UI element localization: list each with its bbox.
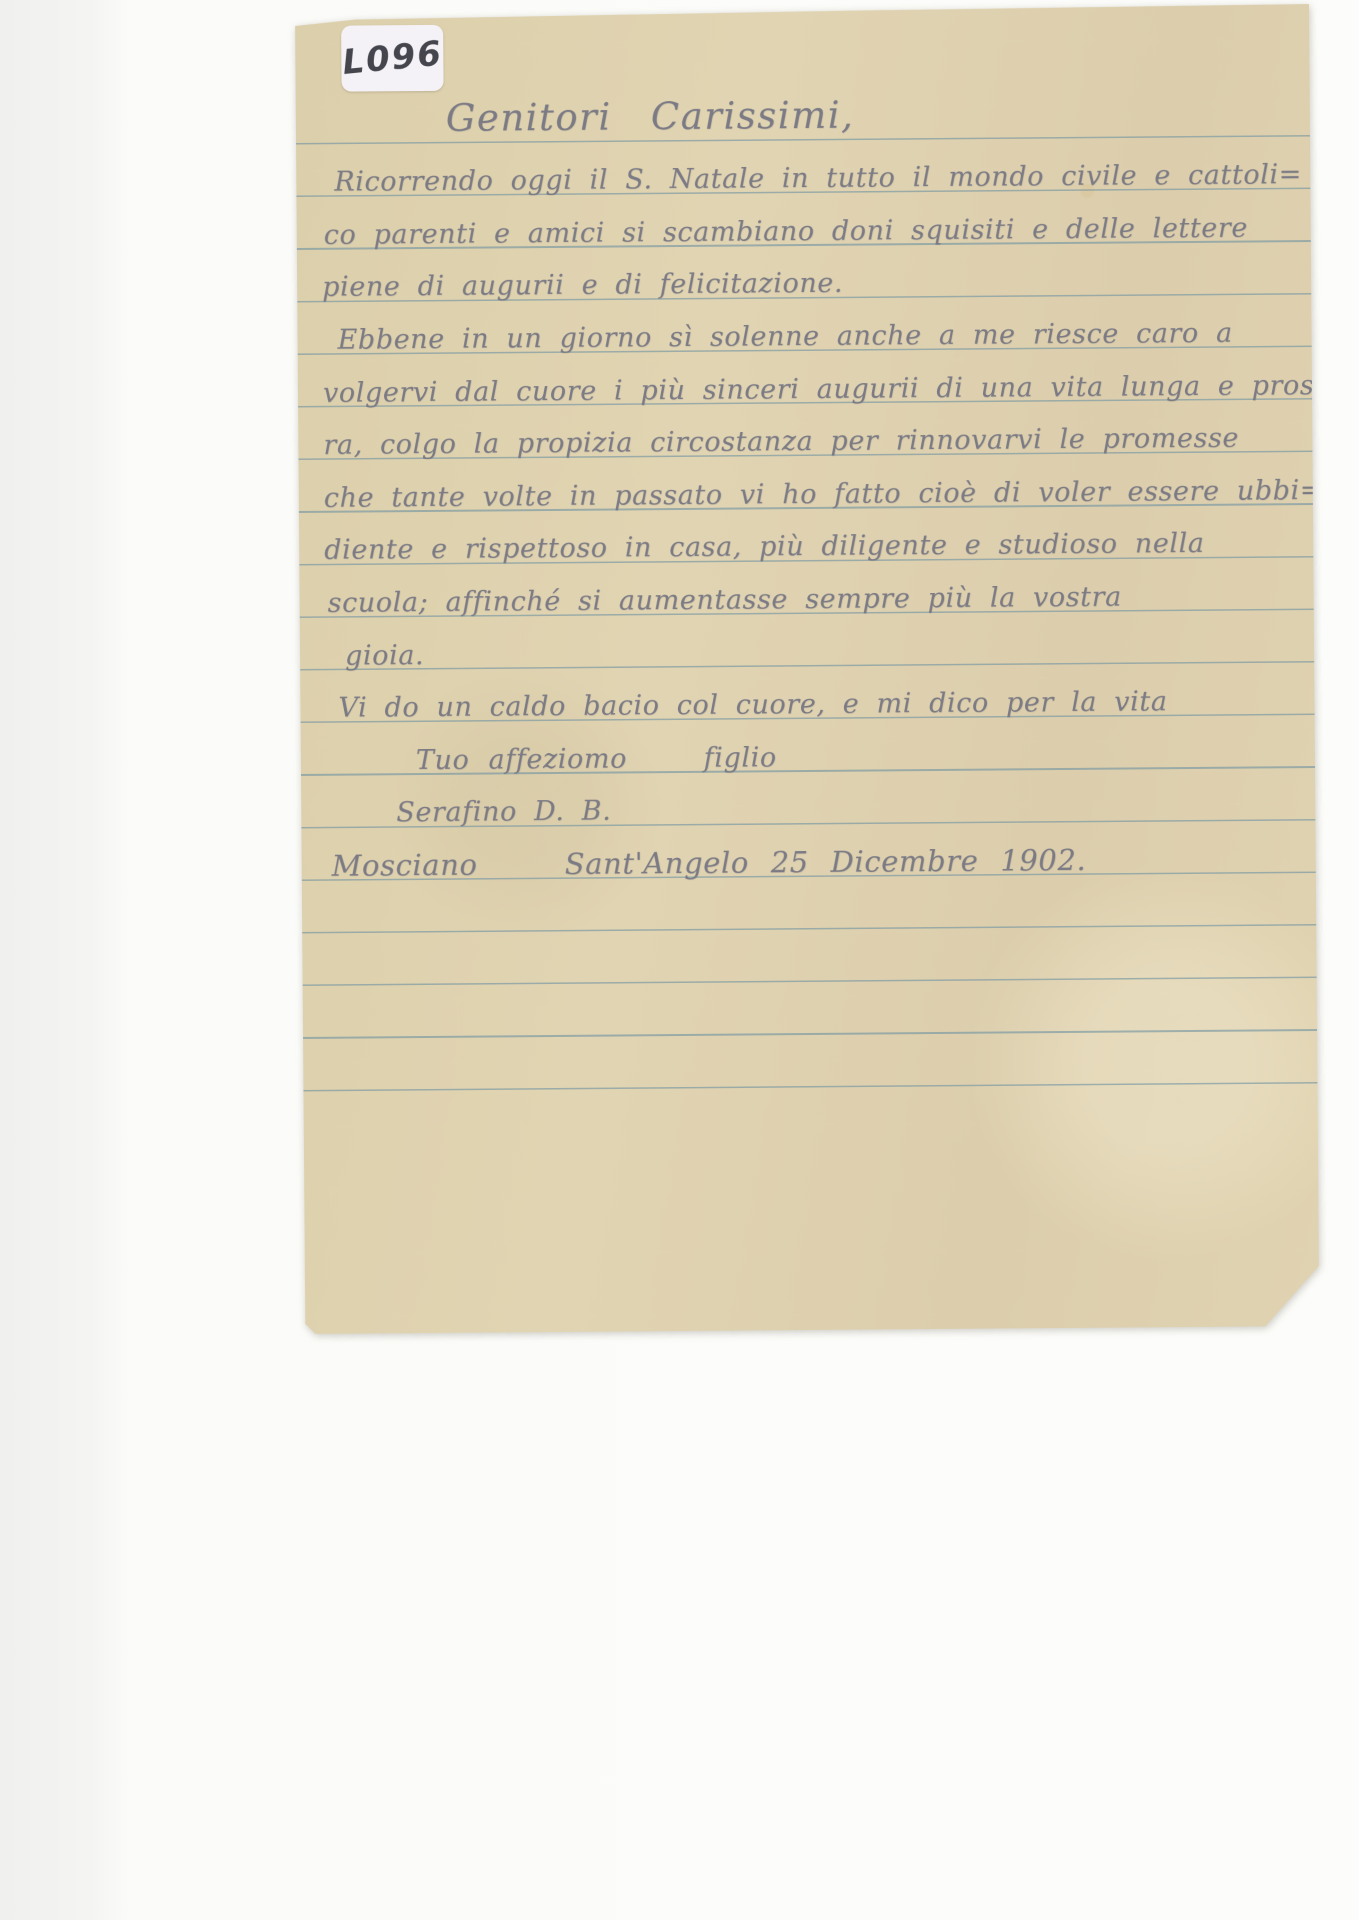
paper-sheet: L096 Genitori Carissimi, Ricorrendo oggi…: [295, 4, 1319, 1334]
letter-line: volgervi dal cuore i più sinceri augurii…: [323, 370, 1359, 410]
letter-line: ra, colgo la propizia circostanza per ri…: [323, 423, 1239, 462]
letter-signature: Serafino D. B.: [396, 796, 611, 830]
letter-line: Ricorrendo oggi il S. Natale in tutto il…: [334, 159, 1302, 199]
letter-salutation: Genitori Carissimi,: [446, 100, 855, 135]
letter-page: L096 Genitori Carissimi, Ricorrendo oggi…: [295, 4, 1319, 1334]
archive-label: L096: [341, 25, 444, 92]
letter-line: diente e rispettoso in casa, più diligen…: [324, 528, 1205, 567]
archive-label-text: L096: [340, 34, 444, 83]
letter-line: Ebbene in un giorno sì solenne anche a m…: [337, 318, 1232, 357]
letter-line: piene di augurii e di felicitazione.: [322, 268, 843, 304]
letter-line: gioia.: [345, 640, 424, 673]
letter-line: Vi do un caldo bacio col cuore, e mi dic…: [338, 686, 1167, 725]
letter-line: co parenti e amici si scambiano doni squ…: [324, 213, 1248, 252]
letter-dateline: Mosciano Sant'Angelo 25 Dicembre 1902.: [332, 844, 1087, 882]
letter-line: che tante volte in passato vi ho fatto c…: [324, 475, 1323, 515]
letter-closing: Tuo affeziomo figlio: [416, 742, 777, 777]
scanned-letter: L096 Genitori Carissimi, Ricorrendo oggi…: [0, 0, 1359, 1920]
letter-line: scuola; affinché si aumentasse sempre pi…: [328, 582, 1122, 620]
